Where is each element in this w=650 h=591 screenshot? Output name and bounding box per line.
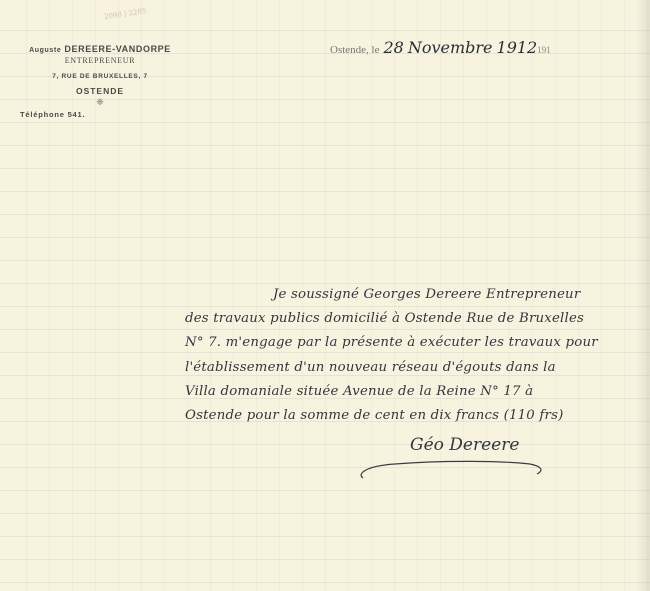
letterhead-name: Auguste DEREERE-VANDORPE (10, 44, 190, 54)
letter-page: 2098 | 2205 Auguste DEREERE-VANDORPE ENT… (0, 0, 650, 591)
date-printed-year-stub: 191 (537, 45, 551, 55)
body-line: des travaux publics domicilié à Ostende … (185, 307, 650, 331)
date-printed-prefix: Ostende, le (330, 44, 379, 56)
dateline: Ostende, le 28 Novembre 1912191 (330, 38, 551, 58)
date-month: Novembre (408, 38, 493, 57)
letterhead-role: ENTREPRENEUR (10, 56, 190, 65)
signature-flourish-icon (355, 452, 555, 482)
letter-body: Je soussigné Georges Dereere Entrepreneu… (185, 283, 650, 428)
date-day: 28 (383, 38, 403, 57)
body-line: Ostende pour la somme de cent en dix fra… (185, 404, 650, 428)
body-line: Villa domaniale située Avenue de la Rein… (185, 380, 650, 404)
letterhead-city: OSTENDE (10, 86, 190, 96)
body-line: Je soussigné Georges Dereere Entrepreneu… (185, 283, 650, 307)
date-year: 1912 (497, 38, 538, 57)
ornament-icon: ❈ (10, 97, 190, 108)
letterhead: Auguste DEREERE-VANDORPE ENTREPRENEUR 7,… (10, 44, 190, 108)
letterhead-phone: Téléphone 541. (20, 110, 85, 119)
pencil-archive-note: 2098 | 2205 (104, 7, 147, 21)
body-line: l'établissement d'un nouveau réseau d'ég… (185, 356, 650, 380)
body-line: N° 7. m'engage par la présente à exécute… (185, 331, 650, 355)
letterhead-first-name: Auguste (29, 47, 61, 54)
letterhead-last-name: DEREERE-VANDORPE (64, 44, 170, 54)
letterhead-address: 7, RUE DE BRUXELLES, 7 (10, 73, 190, 80)
